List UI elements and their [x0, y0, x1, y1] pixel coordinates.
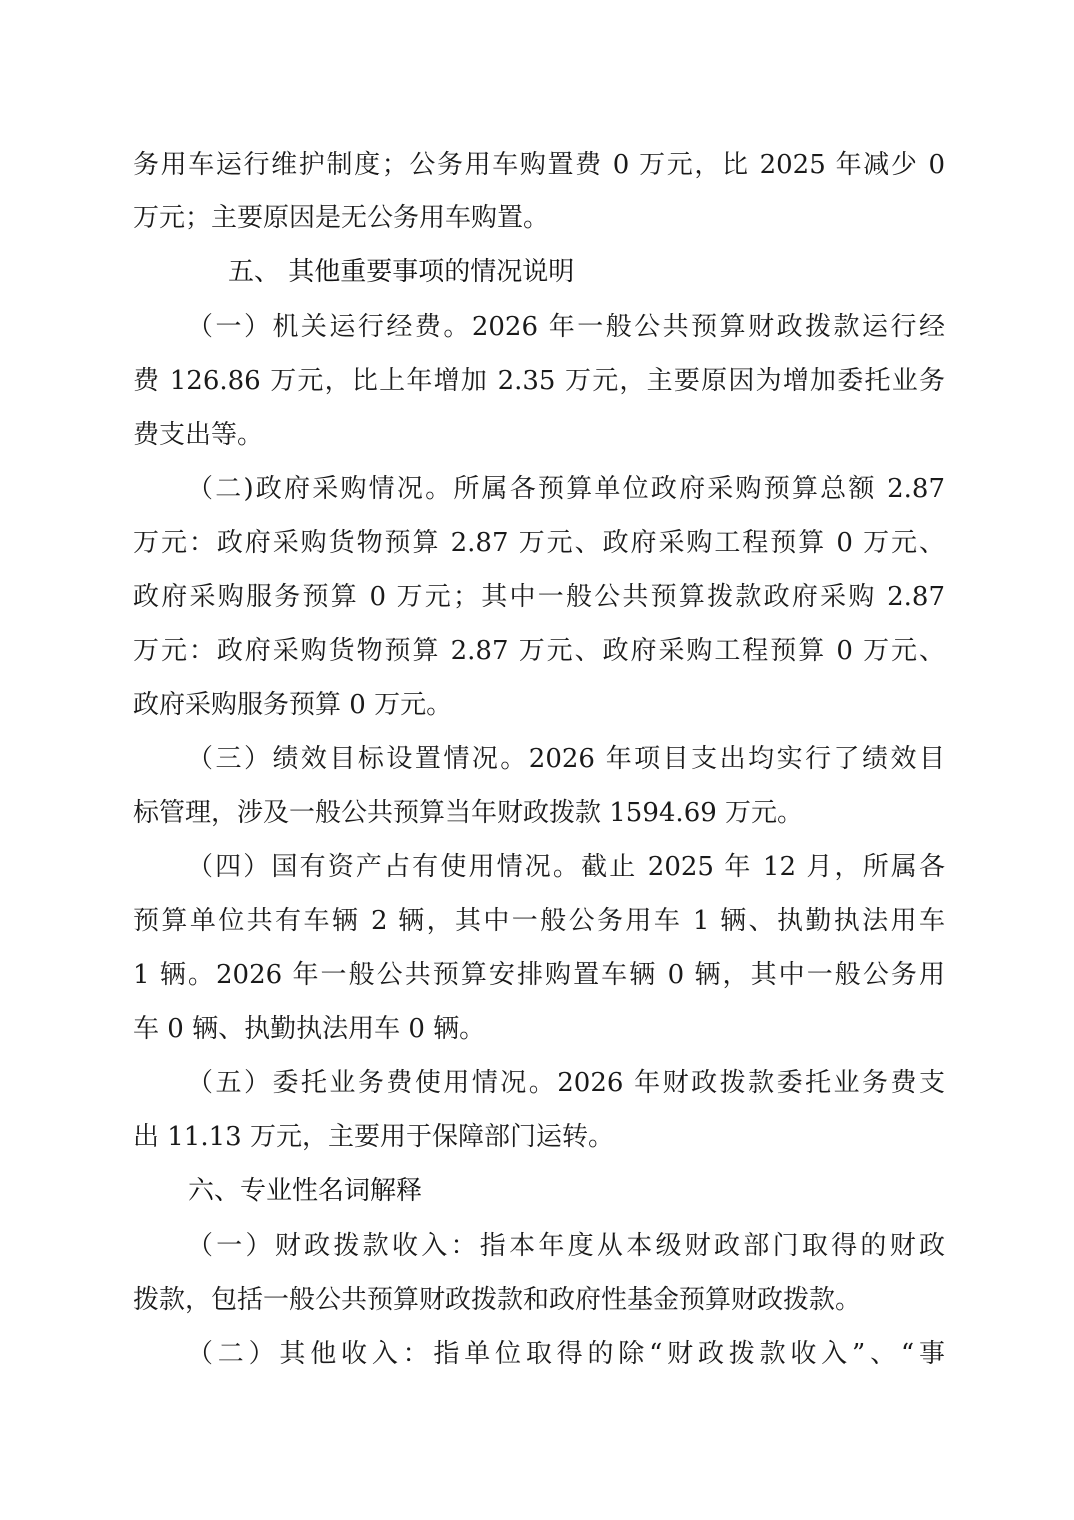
section-heading-5: 五、 其他重要事项的情况说明	[228, 255, 574, 289]
paragraph-line: （四）国有资产占有使用情况。截止 2025 年 12 月，所属各	[187, 850, 945, 884]
paragraph-line: 费支出等。	[133, 418, 945, 452]
paragraph-line: 政府采购服务预算 0 万元。	[133, 688, 945, 722]
section-heading-6: 六、专业性名词解释	[188, 1174, 422, 1208]
paragraph-line: 出 11.13 万元，主要用于保障部门运转。	[133, 1120, 945, 1154]
paragraph-line: 预算单位共有车辆 2 辆，其中一般公务用车 1 辆、执勤执法用车	[133, 904, 945, 938]
paragraph-line: （二)政府采购情况。所属各预算单位政府采购预算总额 2.87	[187, 472, 945, 506]
paragraph-line: （三）绩效目标设置情况。2026 年项目支出均实行了绩效目	[187, 742, 945, 776]
paragraph-line: 车 0 辆、执勤执法用车 0 辆。	[133, 1012, 945, 1046]
paragraph-line: （一）财政拨款收入：指本年度从本级财政部门取得的财政	[187, 1229, 945, 1263]
paragraph-line: 标管理，涉及一般公共预算当年财政拨款 1594.69 万元。	[133, 796, 945, 830]
paragraph-line: 万元；主要原因是无公务用车购置。	[133, 201, 945, 235]
paragraph-line: 1 辆。2026 年一般公共预算安排购置车辆 0 辆，其中一般公务用	[133, 958, 945, 992]
paragraph-line: （一）机关运行经费。2026 年一般公共预算财政拨款运行经	[187, 310, 945, 344]
paragraph-line: 万元：政府采购货物预算 2.87 万元、政府采购工程预算 0 万元、	[133, 526, 945, 560]
document-page: 务用车运行维护制度；公务用车购置费 0 万元，比 2025 年减少 0 万元；主…	[0, 0, 1074, 1520]
paragraph-line: （二）其他收入：指单位取得的除“财政拨款收入”、“事	[187, 1337, 945, 1371]
paragraph-line: 万元：政府采购货物预算 2.87 万元、政府采购工程预算 0 万元、	[133, 634, 945, 668]
paragraph-line: 拨款，包括一般公共预算财政拨款和政府性基金预算财政拨款。	[133, 1283, 945, 1317]
paragraph-line: 务用车运行维护制度；公务用车购置费 0 万元，比 2025 年减少 0	[133, 148, 945, 182]
paragraph-line: 政府采购服务预算 0 万元；其中一般公共预算拨款政府采购 2.87	[133, 580, 945, 614]
paragraph-line: （五）委托业务费使用情况。2026 年财政拨款委托业务费支	[187, 1066, 945, 1100]
paragraph-line: 费 126.86 万元，比上年增加 2.35 万元，主要原因为增加委托业务	[133, 364, 945, 398]
